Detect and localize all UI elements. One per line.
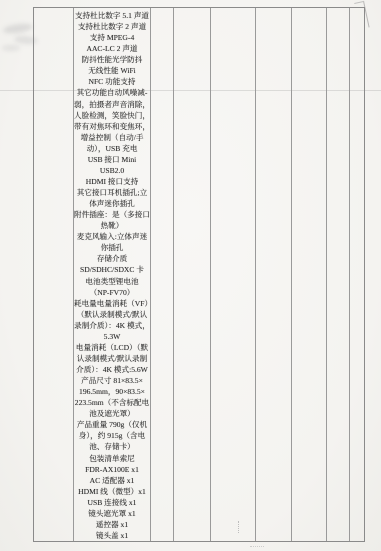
spec-line: USB 连接线 x1 [74, 497, 150, 508]
spec-line: 弱，拍摄者声音消除， [74, 99, 150, 110]
spec-line: 耗电量电量消耗（VF） [74, 298, 150, 309]
spec-line: 其它功能自动风噪减- [74, 87, 150, 98]
spec-line: 产品重量 790g（仅机 [74, 419, 150, 430]
spec-line: 附件插座：是（多接口 [74, 209, 150, 220]
spec-line: 你插孔 [74, 242, 150, 253]
spec-line: 池、存储卡） [74, 441, 150, 452]
spec-line: 镜头盖 x1 [74, 530, 150, 541]
scan-smudge [3, 22, 34, 35]
spec-line: USB 接口 Mini [74, 154, 150, 165]
table-column-line [255, 8, 256, 541]
spec-line: FDR-AX100E x1 [74, 464, 150, 475]
spec-line: AAC-LC 2 声道 [74, 43, 150, 54]
scan-speck [250, 546, 264, 548]
spec-line: 支持 MPEG-4 [74, 32, 150, 43]
spec-line: 认录制模式/默认录制 [74, 353, 150, 364]
spec-line: （默认录制模式/默认 [74, 309, 150, 320]
spec-table: 支持杜比数字 5.1 声道支持杜比数字 2 声道支持 MPEG-4AAC-LC … [33, 7, 365, 542]
spec-line: 池及遮光罩） [74, 408, 150, 419]
spec-line: 镜头遮光罩 x1 [74, 508, 150, 519]
spec-line: USB2.0 [74, 165, 150, 176]
spec-line: AC 适配器 x1 [74, 475, 150, 486]
spec-line: 麦克风输入:立体声迷 [74, 231, 150, 242]
spec-line: 存储介质 [74, 253, 150, 264]
spec-line: 支持杜比数字 2 声道 [74, 21, 150, 32]
spec-line: 录制介质）：4K 模式， [74, 320, 150, 331]
spec-line: 电池类型锂电池 [74, 276, 150, 287]
spec-line: 身），约 915g（含电 [74, 430, 150, 441]
spec-line: 带有对焦环和变焦环， [74, 121, 150, 132]
spec-line: 防抖性能光学防抖 [74, 54, 150, 65]
spec-line: （NP-FV70） [74, 287, 150, 298]
table-column-line [210, 8, 211, 541]
spec-line: 5.3W [74, 331, 150, 342]
spec-line: 196.5mm，90×83.5× [74, 386, 150, 397]
table-column-line [173, 8, 174, 541]
scan-smudge [2, 45, 20, 51]
spec-line: 增益控制（自动/手 [74, 132, 150, 143]
spec-line: 支持杜比数字 5.1 声道 [74, 10, 150, 21]
table-column-line [291, 8, 292, 541]
spec-line: 电量消耗（LCD）（默 [74, 342, 150, 353]
table-column-line [150, 8, 151, 541]
spec-text-column: 支持杜比数字 5.1 声道支持杜比数字 2 声道支持 MPEG-4AAC-LC … [74, 10, 150, 541]
spec-line: HDMI 接口支持 [74, 176, 150, 187]
spec-line: SD/SDHC/SDXC 卡 [74, 264, 150, 275]
spec-line: 热靴） [74, 220, 150, 231]
spec-line: 223.5mm（不含标配电 [74, 397, 150, 408]
spec-line: 介质）：4K 模式:5.6W [74, 364, 150, 375]
spec-line: 产品尺寸 81×83.5× [74, 375, 150, 386]
spec-line: 遥控器 x1 [74, 519, 150, 530]
spec-line: NFC 功能支持 [74, 76, 150, 87]
spec-line: 无线性能 WiFi [74, 65, 150, 76]
spec-line: 动），USB 充电 [74, 143, 150, 154]
spec-line: 其它接口耳机插孔;立 [74, 187, 150, 198]
spec-line: 包装清单索尼 [74, 453, 150, 464]
spec-line: 体声迷你插孔 [74, 198, 150, 209]
scanned-page: 支持杜比数字 5.1 声道支持杜比数字 2 声道支持 MPEG-4AAC-LC … [0, 0, 381, 551]
spec-line: HDMI 线（微型）x1 [74, 486, 150, 497]
table-column-line [349, 8, 350, 541]
scan-speck [238, 521, 240, 533]
table-column-line [326, 8, 327, 541]
spec-line: 人脸检测，笑脸快门， [74, 110, 150, 121]
